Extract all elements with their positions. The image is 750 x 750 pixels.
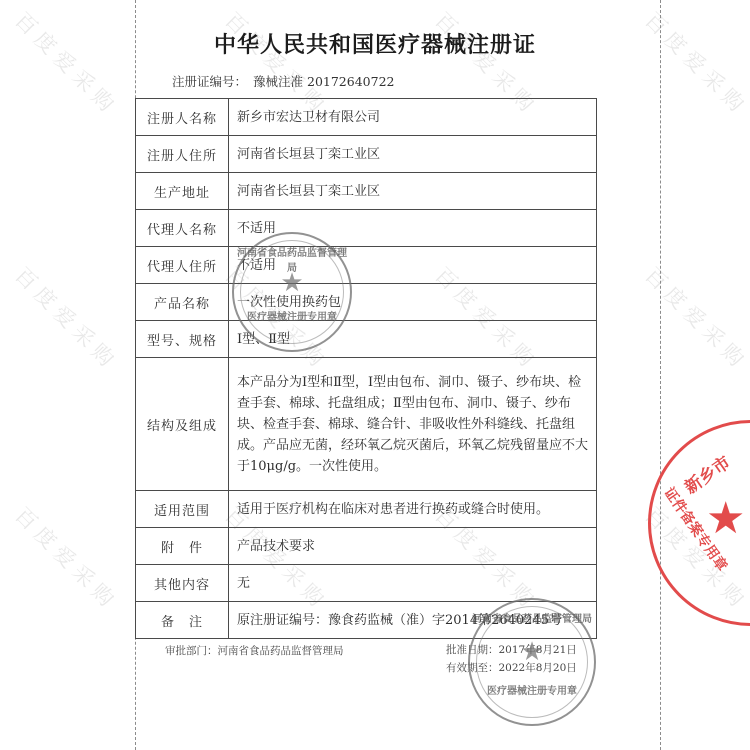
field-label: 代理人住所 (136, 247, 229, 284)
document-title: 中华人民共和国医疗器械注册证 (0, 28, 750, 59)
field-value: 产品技术要求 (229, 528, 597, 565)
field-value: 河南省长垣县丁栾工业区 (229, 173, 597, 210)
table-row: 附 件产品技术要求 (136, 528, 597, 565)
seal-text-bottom: 医疗器械注册专用章 (470, 682, 594, 697)
registration-number-label: 注册证编号： (172, 74, 247, 89)
red-filing-seal: 新乡市 ★ 证件备案专用章 (648, 420, 750, 626)
field-label: 结构及组成 (136, 358, 229, 491)
watermark-text: 百度爱采购 (639, 5, 750, 122)
official-seal-gray: ★ 河南省食品药品监督管理局 医疗器械注册专用章 (232, 232, 352, 352)
watermark-text: 百度爱采购 (9, 5, 126, 122)
table-row: 其他内容无 (136, 565, 597, 602)
table-row: 生产地址河南省长垣县丁栾工业区 (136, 173, 597, 210)
table-row: 产品名称一次性使用换药包 (136, 284, 597, 321)
table-row: 型号、规格Ⅰ型、Ⅱ型 (136, 321, 597, 358)
field-value: 适用于医疗机构在临床对患者进行换药或缝合时使用。 (229, 491, 597, 528)
watermark-text: 百度爱采购 (9, 260, 126, 377)
watermark-text: 百度爱采购 (9, 500, 126, 617)
table-row: 结构及组成本产品分为Ⅰ型和Ⅱ型，Ⅰ型由包布、洞巾、镊子、纱布块、检查手套、棉球、… (136, 358, 597, 491)
table-row: 适用范围适用于医疗机构在临床对患者进行换药或缝合时使用。 (136, 491, 597, 528)
field-value: 河南省长垣县丁栾工业区 (229, 136, 597, 173)
registration-number-value: 豫械注准 20172640722 (253, 74, 394, 89)
field-value: 新乡市宏达卫材有限公司 (229, 99, 597, 136)
table-row: 注册人名称新乡市宏达卫材有限公司 (136, 99, 597, 136)
approval-department: 审批部门：河南省食品药品监督管理局 (165, 643, 344, 658)
table-row: 代理人住所不适用 (136, 247, 597, 284)
seal-text-top: 河南省食品药品监督管理局 (234, 244, 350, 274)
red-seal-text-top: 新乡市 (678, 449, 734, 499)
certificate-table: 注册人名称新乡市宏达卫材有限公司注册人住所河南省长垣县丁栾工业区生产地址河南省长… (135, 98, 597, 639)
field-label: 代理人名称 (136, 210, 229, 247)
field-label: 型号、规格 (136, 321, 229, 358)
field-label: 注册人名称 (136, 99, 229, 136)
field-label: 备 注 (136, 602, 229, 639)
watermark-text: 百度爱采购 (639, 260, 750, 377)
seal-text-bottom: 医疗器械注册专用章 (234, 308, 350, 323)
official-seal-gray-bottom: ★ 河南省食品药品监督管理局 医疗器械注册专用章 (468, 598, 596, 726)
table-row: 代理人名称不适用 (136, 210, 597, 247)
field-label: 其他内容 (136, 565, 229, 602)
seal-text-top: 河南省食品药品监督管理局 (470, 610, 594, 625)
registration-number: 注册证编号：豫械注准 20172640722 (172, 72, 394, 90)
field-label: 注册人住所 (136, 136, 229, 173)
table-row: 注册人住所河南省长垣县丁栾工业区 (136, 136, 597, 173)
field-label: 附 件 (136, 528, 229, 565)
certificate-page: 百度爱采购百度爱采购百度爱采购百度爱采购百度爱采购百度爱采购百度爱采购百度爱采购… (0, 0, 750, 750)
field-value: 无 (229, 565, 597, 602)
field-value: 本产品分为Ⅰ型和Ⅱ型，Ⅰ型由包布、洞巾、镊子、纱布块、检查手套、棉球、托盘组成；… (229, 358, 597, 491)
star-icon: ★ (520, 637, 543, 667)
page-fold-line-right (660, 0, 661, 750)
field-label: 适用范围 (136, 491, 229, 528)
field-label: 产品名称 (136, 284, 229, 321)
field-label: 生产地址 (136, 173, 229, 210)
